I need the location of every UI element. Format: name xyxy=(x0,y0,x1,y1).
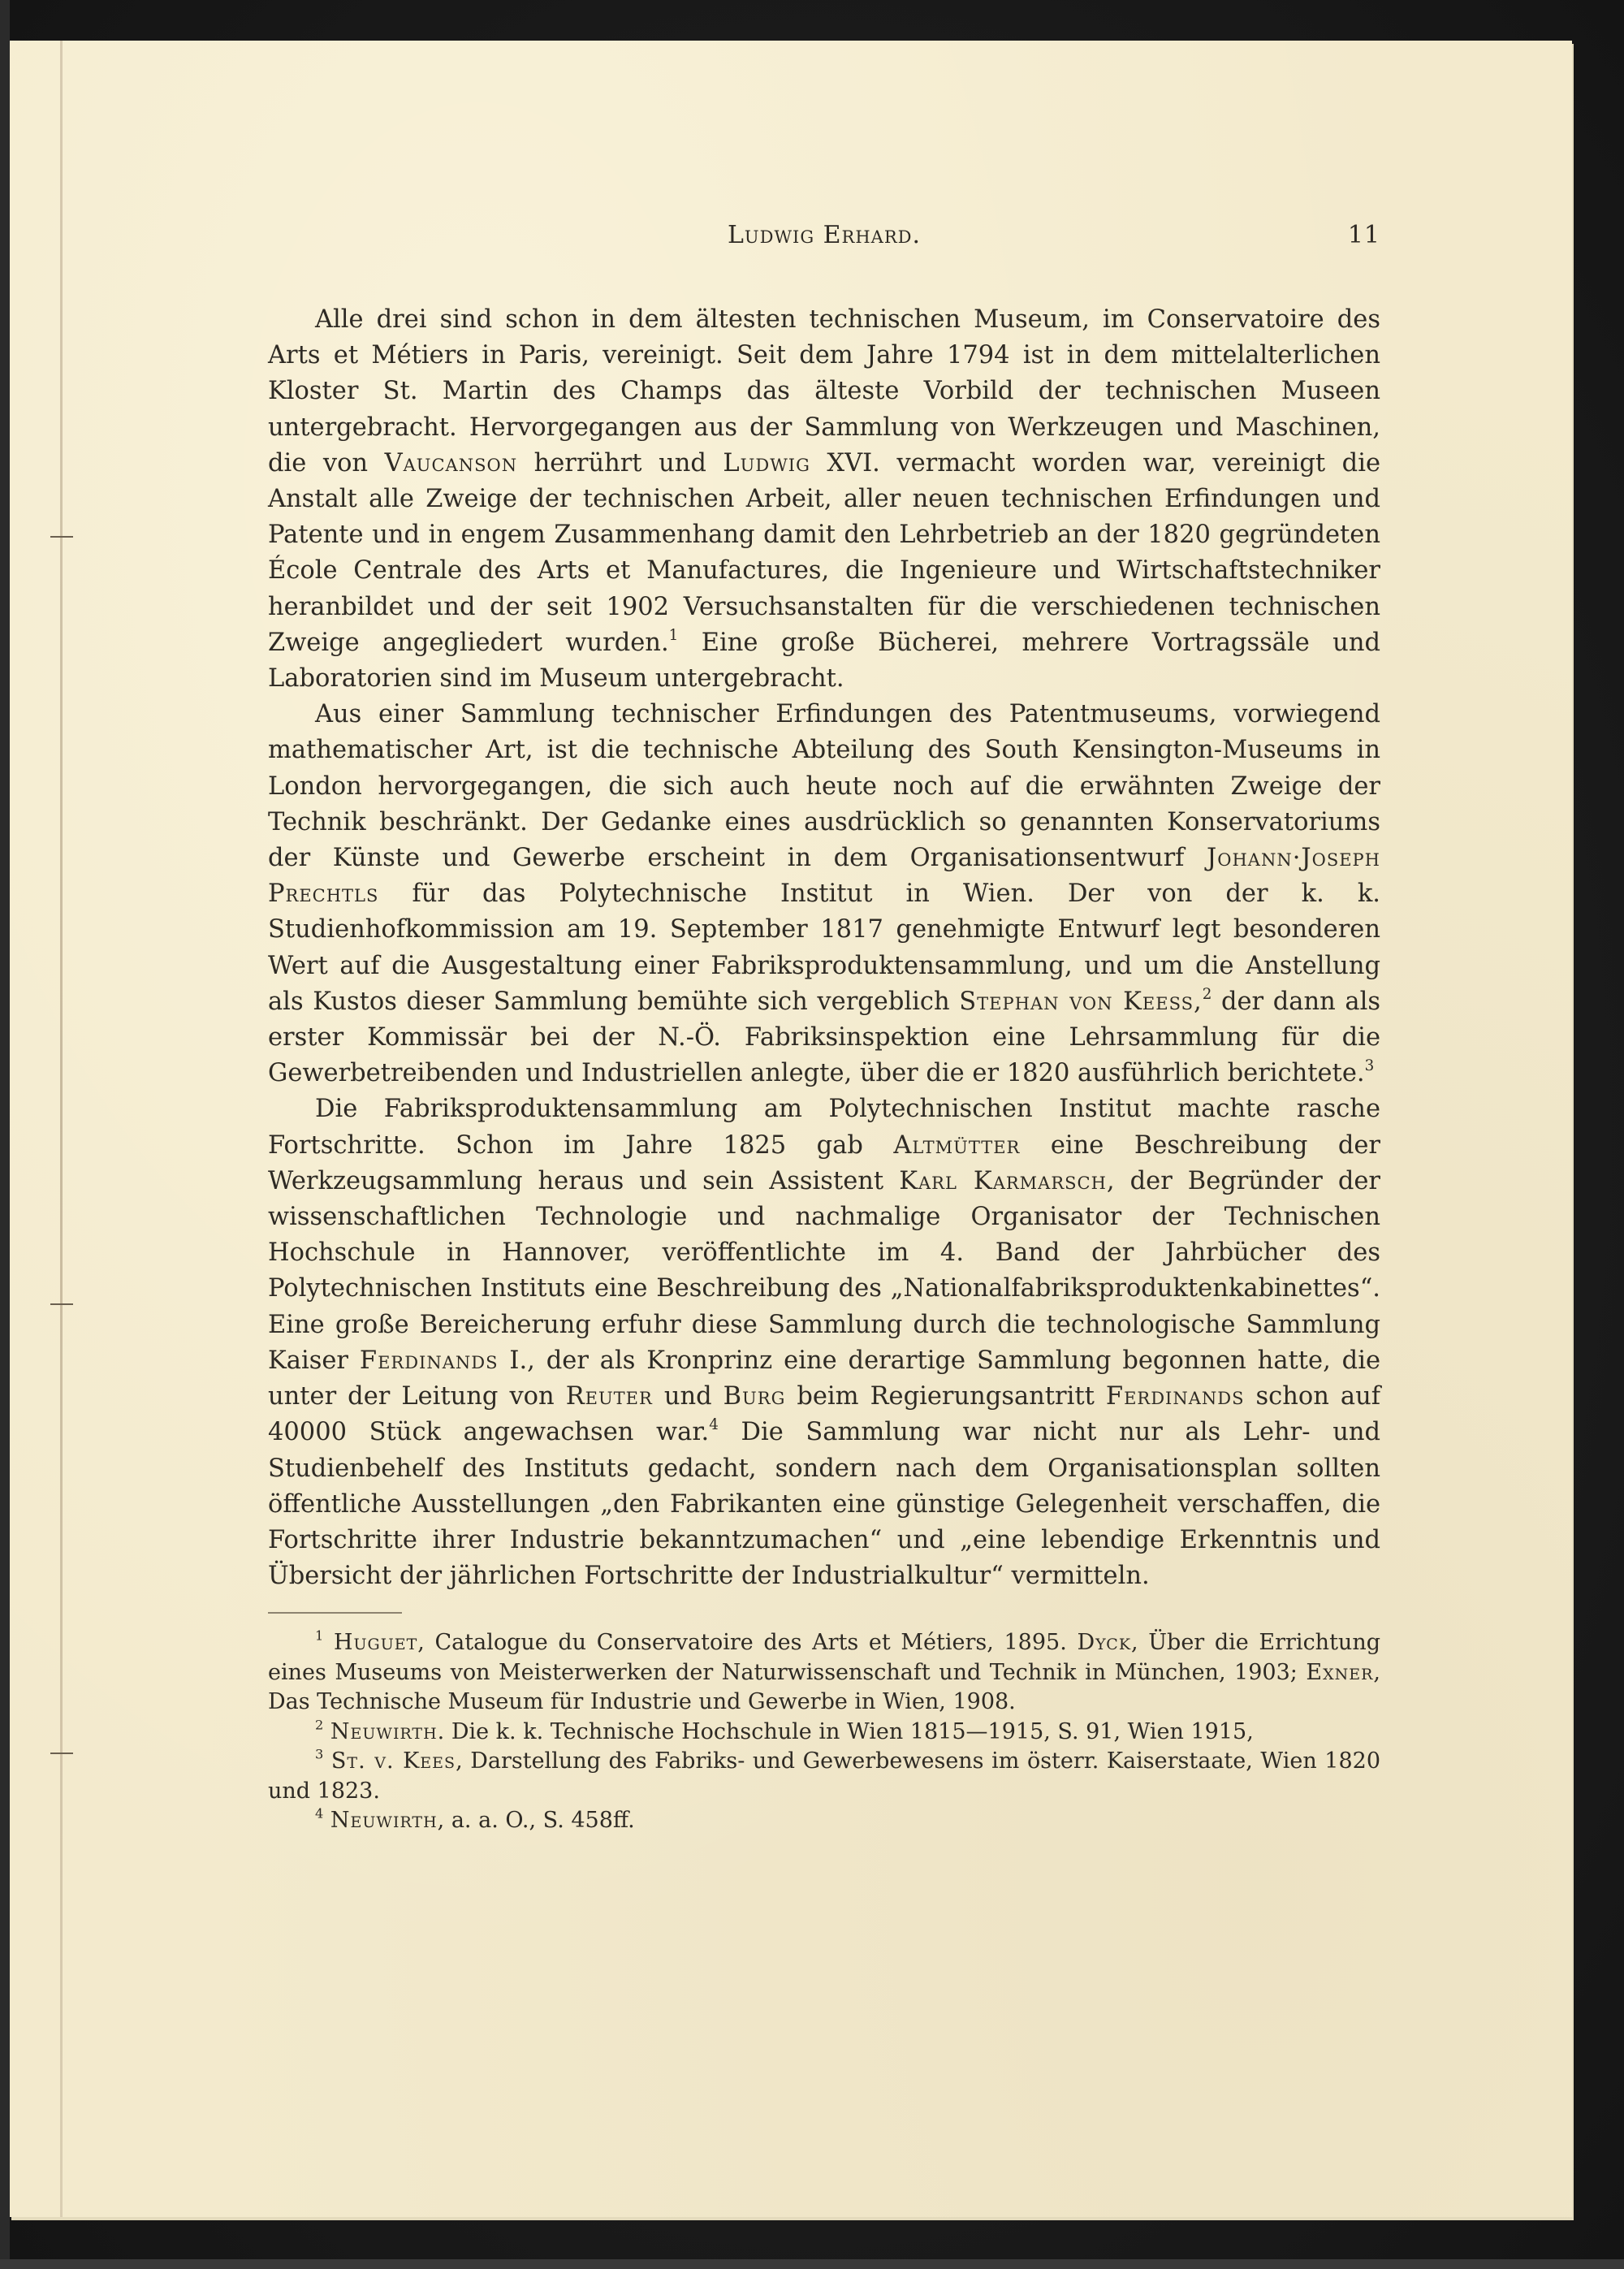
footnote-number: 3 xyxy=(315,1747,323,1762)
footnotes: 1 Huguet, Catalogue du Conservatoire des… xyxy=(268,1628,1380,1836)
author-name: St. v. Kees xyxy=(331,1748,456,1774)
person-name: Ferdinands xyxy=(1106,1382,1245,1411)
author-name: Huguet xyxy=(334,1630,417,1655)
footnote-1: 1 Huguet, Catalogue du Conservatoire des… xyxy=(268,1628,1380,1718)
person-name: Reuter xyxy=(566,1382,653,1411)
scan-edge-bottom xyxy=(0,2259,1624,2269)
person-name: Karl Karmarsch xyxy=(899,1167,1107,1195)
body-text: Alle drei sind schon in dem ältesten tec… xyxy=(268,302,1380,1594)
footnote-number: 2 xyxy=(315,1717,323,1732)
footnote-ref: 3 xyxy=(1365,1057,1375,1074)
scan-edge-left xyxy=(0,0,10,2269)
person-name: Stephan von Keess, xyxy=(959,988,1202,1016)
person-name: Ferdinands xyxy=(360,1346,499,1375)
footnote-separator xyxy=(268,1612,402,1614)
author-name: Exner xyxy=(1306,1660,1373,1685)
person-name: Vaucanson xyxy=(385,449,517,478)
footnote-ref: 4 xyxy=(709,1417,719,1434)
footnote-2: 2 Neuwirth. Die k. k. Technische Hochsch… xyxy=(268,1718,1380,1748)
person-name: Ludwig xyxy=(723,449,810,478)
gutter-stitch-mark xyxy=(50,1303,73,1305)
person-name: Burg xyxy=(723,1382,786,1411)
person-name: Altmütter xyxy=(893,1131,1020,1160)
paragraph-1: Alle drei sind schon in dem ältesten tec… xyxy=(268,302,1380,697)
author-name: Dyck xyxy=(1077,1630,1131,1655)
author-name: Neuwirth xyxy=(330,1808,438,1833)
page-content: Ludwig Erhard. 11 Alle drei sind schon i… xyxy=(268,221,1380,1836)
footnote-ref: 2 xyxy=(1203,986,1212,1003)
author-name: Neuwirth xyxy=(330,1719,438,1744)
binding-gutter xyxy=(60,41,63,2217)
footnote-number: 4 xyxy=(315,1806,323,1822)
paragraph-2: Aus einer Sammlung technischer Erfindung… xyxy=(268,697,1380,1091)
footnote-number: 1 xyxy=(315,1628,323,1644)
gutter-stitch-mark xyxy=(50,536,73,538)
book-page: Ludwig Erhard. 11 Alle drei sind schon i… xyxy=(10,41,1572,2217)
running-head-title: Ludwig Erhard. xyxy=(268,221,1380,249)
running-head: Ludwig Erhard. 11 xyxy=(268,221,1380,270)
paragraph-3: Die Fabriksproduktensammlung am Polytech… xyxy=(268,1091,1380,1594)
footnote-4: 4 Neuwirth, a. a. O., S. 458ff. xyxy=(268,1806,1380,1836)
footnote-ref: 1 xyxy=(669,627,679,644)
gutter-stitch-mark xyxy=(50,1753,73,1754)
page-number: 11 xyxy=(1348,221,1380,249)
footnote-3: 3 St. v. Kees, Darstellung des Fabriks- … xyxy=(268,1747,1380,1806)
